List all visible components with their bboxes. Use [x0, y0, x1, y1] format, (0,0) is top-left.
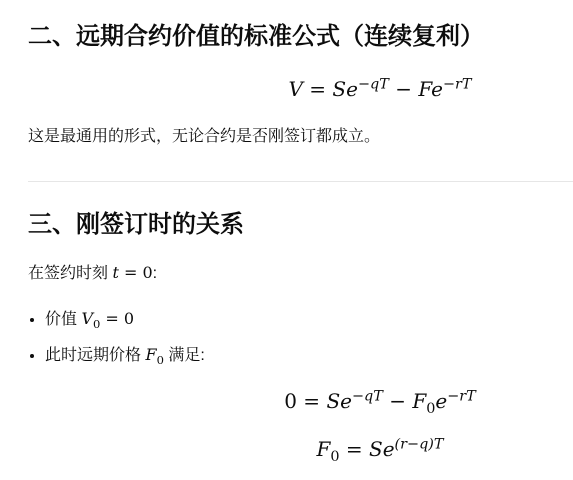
formula-forward-value: V = Se−qT − Fe−rT — [28, 76, 573, 103]
formula-forward-price: F0 = Se(r−q)T — [28, 436, 573, 463]
section-2-note: 这是最通用的形式，无论合约是否刚签订都成立。 — [28, 125, 573, 149]
list-item-forward-price: 此时远期价格 F0 满足: — [45, 343, 573, 368]
document-content: 二、远期合约价值的标准公式（连续复利） V = Se−qT − Fe−rT 这是… — [0, 21, 573, 463]
section-3-intro: 在签约时刻 t = 0: — [28, 261, 573, 286]
section-2-heading: 二、远期合约价值的标准公式（连续复利） — [28, 21, 573, 52]
section-3-heading: 三、刚签订时的关系 — [28, 209, 573, 240]
bullet-list: 价值 V0 = 0 此时远期价格 F0 满足: — [28, 307, 573, 368]
section-divider — [28, 181, 573, 182]
formula-zero-value: 0 = Se−qT − F0e−rT — [28, 388, 573, 415]
list-item-value-zero: 价值 V0 = 0 — [45, 307, 573, 332]
